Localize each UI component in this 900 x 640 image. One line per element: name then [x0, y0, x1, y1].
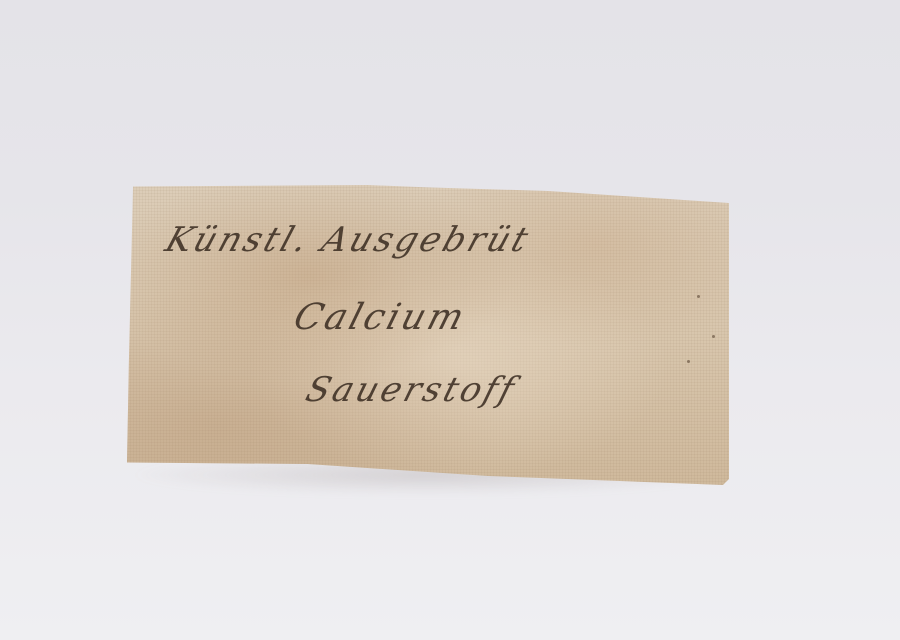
label-line-2: Calcium — [289, 297, 471, 338]
ink-speck — [697, 295, 700, 298]
ink-speck — [687, 360, 690, 363]
handwritten-label: Künstl. Ausgebrüt Calcium Sauerstoff — [127, 185, 729, 485]
label-line-1: Künstl. Ausgebrüt — [161, 220, 536, 260]
label-line-3: Sauerstoff — [301, 370, 521, 410]
ink-speck — [712, 335, 715, 338]
